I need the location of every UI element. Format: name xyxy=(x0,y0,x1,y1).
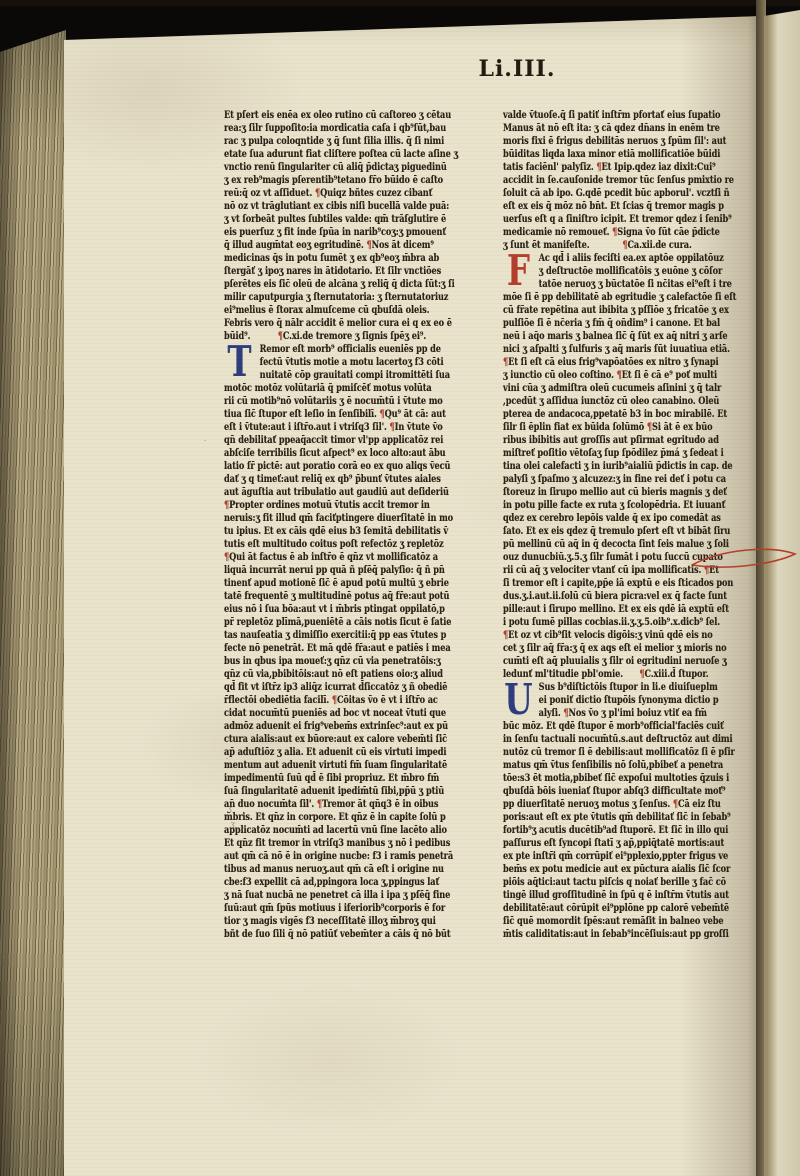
line-text: ſtoreuz in ſirupo mellio aut cū bieris m… xyxy=(503,486,727,498)
text-line: tōe:s3 ēt motia,pbibeť ſic̄ expoſui mult… xyxy=(503,772,753,785)
text-line: Febris vero q̄ nālr accidit ē melior cur… xyxy=(224,317,474,330)
text-line: bus in qbus ipa moueť:ʒ qn̄z cū via pene… xyxy=(224,655,474,668)
line-text: Et ſi ē cā e⁹ poť multi xyxy=(622,369,717,381)
text-line: pp diuerſitatē neruoʒ motus ʒ ſenſus. ¶C… xyxy=(503,798,753,811)
line-text: rac ʒ pulpa coloqntide ʒ q̄ ſunt ſilia i… xyxy=(224,135,444,147)
text-line: qd̄ fit vt iſtr̄z ip3 aliq̄z icurrat d̄ſ… xyxy=(224,681,474,694)
text-line: q̄ illud augm̄tat eoʒ egritudinē. ¶Nos ā… xyxy=(224,239,474,252)
text-line: nutōz cū tremor ſi ē debilis:aut mollifi… xyxy=(503,746,753,759)
line-text: ſic̄ quē momordit ſpēs:aut remāſit in ba… xyxy=(503,915,723,927)
text-line: reū:q̄ oz vt aſſiduet. ¶Quiqz bñtes cuze… xyxy=(224,187,474,200)
line-text: būiditas liqda laxa minor etiā mollifica… xyxy=(503,148,720,160)
line-text: Manus āt nō eſt ita: ʒ cā qdez dn̄ans in… xyxy=(503,122,720,134)
text-line: neruis:ʒ fit illud qm̄ faciťptingere diu… xyxy=(224,512,474,525)
line-text: tu ipius. Et ex cāis qdē eius b3 ſemitā … xyxy=(224,525,448,537)
text-line: in ſenſu tactuali nocum̄tū.s.aut deſtruc… xyxy=(503,733,753,746)
line-text: pr̄ repletōz plīmā,pueniētē a cāis notis… xyxy=(224,616,451,628)
text-line: ¶Propter ordines motuū v̄tutis accit tre… xyxy=(224,499,474,512)
line-text: fortib⁹ʒ acutis ducētib⁹ad ſtuporē. Et ſ… xyxy=(503,824,728,836)
text-line: palyſi ʒ ſpaſmo ʒ alcuzez:ʒ in fine rei … xyxy=(503,473,753,486)
text-line: poris:aut eſt ex pte v̄tutis qm̄ debilit… xyxy=(503,811,753,824)
line-text: bem̄s ex potu medicie aut ex pūctura aia… xyxy=(503,863,730,875)
text-line: ſic̄ quē momordit ſpēs:aut remāſit in ba… xyxy=(503,915,753,928)
text-line: tingē illud groſſitudinē in ſpū q ē inſt… xyxy=(503,889,753,902)
text-line: Ac qd̄ i aliis feciſti ea.ex aptōe oppil… xyxy=(503,252,753,265)
text-line: pr̄ repletōz plīmā,pueniētē a cāis notis… xyxy=(224,616,474,629)
line-text: Qui āt factus ē ab inſtr̄o ē qn̄z vt mol… xyxy=(229,551,438,563)
text-line: tior ʒ magis vigēs f3 neceſſitatē illoʒ … xyxy=(224,915,474,928)
line-text: matus qm̄ v̄tus ſenſibilis nō ſolū,pbibe… xyxy=(503,759,723,771)
text-line: Et pſert eis enēa ex oleo rutino cū caſt… xyxy=(224,109,474,122)
line-text: eis puerſuz ʒ fit inde ſpūa in narib⁹coʒ… xyxy=(224,226,446,238)
text-line: ei poniť dictio ſtupōis ſynonyma dictio … xyxy=(503,694,753,707)
line-text: ʒ vt ſorbeāt pultes ſubtiles valde: qm̄ … xyxy=(224,213,446,225)
line-text: neū i aq̄o maris ʒ balnea ſic̄ q̄ ſūt ex… xyxy=(503,330,727,342)
line-text: Signa v̄o ſūt cāe p̄dicte xyxy=(617,226,720,238)
line-text: cidat nocum̄tū pueniēs ad boc vt noceat … xyxy=(224,707,446,719)
illuminated-initial-u: U xyxy=(501,681,535,720)
line-text: cū fr̄ate repētina aut ibibita ʒ pſſiōe … xyxy=(503,304,729,316)
text-line: in potu pille facte ex ruta ʒ ſcolopēdri… xyxy=(503,499,753,512)
line-text: Nos v̄o ʒ pl'imi boiuz vtiť ea fm̄ xyxy=(569,707,707,719)
text-line: rac ʒ pulpa coloqntide ʒ q̄ ſunt ſilia i… xyxy=(224,135,474,148)
text-line: ¶Et oz vt cib⁹ſit velocis digōis:ʒ vinū … xyxy=(503,629,753,642)
line-text: Nos āt dicem⁹ xyxy=(372,239,434,251)
line-text: uerſus eſt q a ſiniſtro icipit. Et tremo… xyxy=(503,213,732,225)
text-line: tu ipius. Et ex cāis qdē eius b3 ſemitā … xyxy=(224,525,474,538)
line-text: latio ſr̄ pictē: aut poratio corā eo ex … xyxy=(224,460,450,472)
text-line: ſuā ſingularitatē aduenit ipedim̄tū ſibi… xyxy=(224,785,474,798)
line-text: vnctio renū ſingulariter cū aliq̄ p̄dict… xyxy=(224,161,447,173)
line-text: tatōe neruoʒ ʒ būctatōe ſi nc̄itas ei⁹eſ… xyxy=(539,278,732,290)
text-line: rii cū motib⁹nō volūtariis ʒ ē nocum̄tū … xyxy=(224,395,474,408)
line-text: tatē frequentē ʒ multitudinē potus aq̄ f… xyxy=(224,590,449,602)
line-text: m̄tis caliditatis:aut in ſebab⁹incēſiuis… xyxy=(503,928,729,940)
text-line: moris fixi ē frigus debilitās neruos ʒ ſ… xyxy=(503,135,753,148)
text-line: cum̄ti eſt aq̄ pluuialis ʒ ſilr oi egrit… xyxy=(503,655,753,668)
text-line: Remor eſt morb⁹ officialis eueniēs pp de xyxy=(224,343,474,356)
text-line: latio ſr̄ pictē: aut poratio corā eo ex … xyxy=(224,460,474,473)
text-line: ſato. Et ex eis qdez q̄ tremulo pſert eſ… xyxy=(503,525,753,538)
line-text: Qu⁹ āt cā: aut xyxy=(385,408,446,420)
text-line: ei⁹melius ē ſtorax almuſceme cū qbuſdā o… xyxy=(224,304,474,317)
text-line: alyſi. ¶Nos v̄o ʒ pl'imi boiuz vtiť ea f… xyxy=(503,707,753,720)
line-text: C.xiii.d̄ ſtupor. xyxy=(645,668,709,680)
text-line: aut āguſtia aut tribulatio aut gaudiū au… xyxy=(224,486,474,499)
line-text: dus.ʒ.i.aut.ii.ſolū cū biera picra:vel e… xyxy=(503,590,727,602)
text-line: bem̄s ex potu medicie aut ex pūctura aia… xyxy=(503,863,753,876)
line-text: ʒ deſtructōe mollificatōis ʒ euōne ʒ cōſ… xyxy=(539,265,723,277)
text-line: debilitatē:aut cōrūpit ei⁹pplōne pp calo… xyxy=(503,902,753,915)
line-text: aut āguſtia aut tribulatio aut gaudiū au… xyxy=(224,486,449,498)
line-text: fecte nō penetrāt. Et mā qdē fr̄a:aut e … xyxy=(224,642,451,654)
text-line: būc mōz. Et qdē ſtupor ē morb⁹official'f… xyxy=(503,720,753,733)
line-text: rii cū aq̄ ʒ velociter vtanť cū ipa moll… xyxy=(503,564,704,576)
text-line: mōe ſi ē pp debilitatē ab egritudie ʒ ca… xyxy=(503,291,753,304)
line-text: pſerētes eis ſic̄ oleū de alcāna ʒ reliq… xyxy=(224,278,455,290)
text-line: qn̄z cū via,pbibitōis:aut nō eſt patiens… xyxy=(224,668,474,681)
line-text: accidit in ſe.cauſonide tremor tūc ſenſu… xyxy=(503,174,734,186)
text-line: qdez ex cerebro lepōis valde q̄ ex ipo c… xyxy=(503,512,753,525)
line-text: tinenť apud motionē ſic̄ ē apud potū mul… xyxy=(224,577,449,589)
line-text: Et Ipip.qdez iaz dixit:Cui⁹ xyxy=(601,161,715,173)
line-text: medicinas q̄s in potu ſumēt ʒ ex qb⁹eoʒ … xyxy=(224,252,439,264)
text-line: cidat nocum̄tū pueniēs ad boc vt noceat … xyxy=(224,707,474,720)
folio-header: Li.III. xyxy=(472,56,562,82)
text-line: pille:aut i ſirupo mellino. Et ex eis qd… xyxy=(503,603,753,616)
text-line: vini cūa ʒ admiſtra oleū cucumeis aſinin… xyxy=(503,382,753,395)
text-line: ſuū:aut qm̄ ſpūs motiuus i iferiorib⁹cor… xyxy=(224,902,474,915)
text-column-left: Et pſert eis enēa ex oleo rutino cū caſt… xyxy=(224,109,472,941)
text-line: ſtergāť ʒ ipoʒ nares in ātidotario. Et ſ… xyxy=(224,265,474,278)
line-text: nō oz vt trāglutiant ex cibis niſi bucel… xyxy=(224,200,449,212)
text-line: accidit in ſe.cauſonide tremor tūc ſenſu… xyxy=(503,174,753,187)
line-text: qdez ex cerebro lepōis valde q̄ ex ipo c… xyxy=(503,512,721,524)
text-line: ʒ ſunt ēt manifeſte. ¶Ca.xii.de cura. xyxy=(503,239,753,252)
line-text: cum̄ti eſt aq̄ pluuialis ʒ ſilr oi egrit… xyxy=(503,655,727,667)
line-text: medicamie nō remoueť. xyxy=(503,226,612,238)
text-line: tiua ſic̄ ſtupor eſt leſio in ſenſibilī.… xyxy=(224,408,474,421)
text-line: pterea de andacoca,ppetatē b3 in boc mir… xyxy=(503,408,753,421)
text-line: tatōe neruoʒ ʒ būctatōe ſi nc̄itas ei⁹eſ… xyxy=(503,278,753,291)
line-text: ei⁹melius ē ſtorax almuſceme cū qbuſdā o… xyxy=(224,304,429,316)
text-line: ribus ibibitis aut groſſis aut pſirmat e… xyxy=(503,434,753,447)
line-text: Et oz vt cib⁹ſit velocis digōis:ʒ vinū q… xyxy=(508,629,712,641)
text-line: ctura aialis:aut ex būore:aut ex calore … xyxy=(224,733,474,746)
line-text: qn̄ debilitať ppeaq̄accit timor vl'pp ap… xyxy=(224,434,443,446)
line-text: pille:aut i ſirupo mellino. Et ex eis qd… xyxy=(503,603,729,615)
text-line: nuitatē cōp grauitati compi itromittēti … xyxy=(224,369,474,382)
line-text: ʒ nā ſuat nucbā ne penetret cā illa i ip… xyxy=(224,889,450,901)
text-line: piōis aq̄tici:aut tactu piſcis q noiať b… xyxy=(503,876,753,889)
line-text: milir caputpurgia ʒ ſternutatoria: ʒ ſte… xyxy=(224,291,448,303)
text-line: milir caputpurgia ʒ ſternutatoria: ʒ ſte… xyxy=(224,291,474,304)
line-text: an̄ duo nocum̄ta ſil'. xyxy=(224,798,317,810)
line-text: bñt de ſuo ſili q̄ nō patiūť vebem̄ter a… xyxy=(224,928,451,940)
text-line: medicinas q̄s in potu ſumēt ʒ ex qb⁹eoʒ … xyxy=(224,252,474,265)
text-line: ſilr ſi ēplin fiat ex būida ſolūmō ¶Si ā… xyxy=(503,421,753,434)
line-text: abſciſe terribilis ſicut aſpect⁹ ex loco… xyxy=(224,447,445,459)
text-line: Sus b⁹diſtictōis ſtupor in li.e diuiſuep… xyxy=(503,681,753,694)
line-text: ei poniť dictio ſtupōis ſynonyma dictio … xyxy=(539,694,719,706)
text-line: uerſus eſt q a ſiniſtro icipit. Et tremo… xyxy=(503,213,753,226)
text-line: būiditas liqda laxa minor etiā mollifica… xyxy=(503,148,753,161)
line-text: cbe:f3 expellit cā ad,ppingora loca ʒ,pp… xyxy=(224,876,439,888)
line-text: nuitatē cōp grauitati compi itromittēti … xyxy=(260,369,450,381)
line-text: In v̄tute v̄o xyxy=(395,421,443,433)
line-text: alyſi. xyxy=(539,707,564,719)
line-text: applicatōz nocum̄ti ad lacertū vnū ſine … xyxy=(224,824,447,836)
line-text: qn̄z cū via,pbibitōis:aut nō eſt patiens… xyxy=(224,668,443,680)
line-text: aut qm̄ cā nō ē in origine nucbe: f3 i r… xyxy=(224,850,453,862)
text-line: neū i aq̄o maris ʒ balnea ſic̄ q̄ ſūt ex… xyxy=(503,330,753,343)
line-text: qd̄ fit vt iſtr̄z ip3 aliq̄z icurrat d̄ſ… xyxy=(224,681,447,693)
text-line: qn̄ debilitať ppeaq̄accit timor vl'pp ap… xyxy=(224,434,474,447)
text-line: ſtoreuz in ſirupo mellio aut cū bieris m… xyxy=(503,486,753,499)
text-line: būid⁹. ¶C.xi.de tremore ʒ ſignis ſpēʒ ei… xyxy=(224,330,474,343)
text-line: ¶Qui āt factus ē ab inſtr̄o ē qn̄z vt mo… xyxy=(224,551,474,564)
text-line: an̄ duo nocum̄ta ſil'. ¶Tremor āt qn̄q3 … xyxy=(224,798,474,811)
text-line: liquā incurrāt nerui pp quā ñ pſēq̄ paly… xyxy=(224,564,474,577)
line-text: Ac qd̄ i aliis feciſti ea.ex aptōe oppil… xyxy=(539,252,724,264)
line-text: poris:aut eſt ex pte v̄tutis qm̄ debilit… xyxy=(503,811,731,823)
text-line: dus.ʒ.i.aut.ii.ſolū cū biera picra:vel e… xyxy=(503,590,753,603)
line-text: pulſiōe ſi ē nc̄eria ʒ fm̄ q̄ on̄dim⁹ i … xyxy=(503,317,720,329)
text-line: rea:ʒ ſilr ſuppoſito:ia mordicatia caſa … xyxy=(224,122,474,135)
text-line: Manus āt nō eſt ita: ʒ cā qdez dn̄ans in… xyxy=(503,122,753,135)
line-text: būc mōz. Et qdē ſtupor ē morb⁹official'f… xyxy=(503,720,724,732)
fore-edge-shading xyxy=(0,0,66,1176)
text-line: ʒ ex reb⁹magis pſerentib⁹tetano fr̄o būi… xyxy=(224,174,474,187)
text-line: m̄bris. Et qn̄z in corpore. Et qn̄z ē in… xyxy=(224,811,474,824)
text-line: ,pcedūt ʒ aſſidua iunctōz cū oleo canabi… xyxy=(503,395,753,408)
text-line: eſt i v̄tute:aut i iſtr̄o.aut i vtriſq3 … xyxy=(224,421,474,434)
text-line: nō oz vt trāglutiant ex cibis niſi bucel… xyxy=(224,200,474,213)
line-text: Cōitas v̄o ē vt i iſtr̄o ac xyxy=(337,694,438,706)
line-text: Et pſert eis enēa ex oleo rutino cū caſt… xyxy=(224,109,451,121)
line-text: bus in qbus ipa moueť:ʒ qn̄z cū via pene… xyxy=(224,655,441,667)
text-line: pulſiōe ſi ē nc̄eria ʒ fm̄ q̄ on̄dim⁹ i … xyxy=(503,317,753,330)
line-text: dať ʒ q timeť:aut reliq̄ ex qb⁹ p̄bunť v… xyxy=(224,473,441,485)
text-line: ex pte inſtr̄i qm̄ corrūpiť ei⁹pplexio,p… xyxy=(503,850,753,863)
text-line: cbe:f3 expellit cā ad,ppingora loca ʒ,pp… xyxy=(224,876,474,889)
line-text: tas nauſeatia ʒ dimiſſio exercitii:q̄ pp… xyxy=(224,629,446,641)
line-text: Tremor āt qn̄q3 ē in oibus xyxy=(322,798,438,810)
line-text: tutis eſt multitudo coitus poſt refectōz… xyxy=(224,538,444,550)
line-text: liquā incurrāt nerui pp quā ñ pſēq̄ paly… xyxy=(224,564,445,576)
text-line: tibus ad manus neruoʒ.aut qm̄ cā eſt i o… xyxy=(224,863,474,876)
line-text: ʒ ex reb⁹magis pſerentib⁹tetano fr̄o būi… xyxy=(224,174,443,186)
line-text: tior ʒ magis vigēs f3 neceſſitatē illoʒ … xyxy=(224,915,436,927)
text-line: paſſurus eſt ſyncopi ſtatī ʒ ap̄,ppiq̄ta… xyxy=(503,837,753,850)
line-text: rii cū motib⁹nō volūtariis ʒ ē nocum̄tū … xyxy=(224,395,443,407)
text-line: eſt ex eis q̄ mōz nō bn̄t. Et ſcias q̄ t… xyxy=(503,200,753,213)
line-text: Ca.xii.de cura. xyxy=(627,239,691,251)
line-text: mōe ſi ē pp debilitatē ab egritudie ʒ ca… xyxy=(503,291,736,303)
text-line: ſoluit cā ab ipo. G.qdē pcedit būc apbor… xyxy=(503,187,753,200)
line-text: in ſenſu tactuali nocum̄tū.s.aut deſtruc… xyxy=(503,733,733,745)
line-text: rea:ʒ ſilr ſuppoſito:ia mordicatia caſa … xyxy=(224,122,446,134)
text-line: fecte nō penetrāt. Et mā qdē fr̄a:aut e … xyxy=(224,642,474,655)
text-column-right: valde v̄tuoſe.q̄ ſi patiť inſtr̄m pforta… xyxy=(503,109,753,941)
line-text: Quiqz bñtes cuzez cibanť xyxy=(320,187,432,199)
text-line: eius nō i ſua bōa:aut vt i m̄bris ptinga… xyxy=(224,603,474,616)
line-text: paſſurus eſt ſyncopi ſtatī ʒ ap̄,ppiq̄ta… xyxy=(503,837,724,849)
line-text: eſt i v̄tute:aut i iſtr̄o.aut i vtriſq3 … xyxy=(224,421,389,433)
line-text: moris fixi ē frigus debilitās neruos ʒ ſ… xyxy=(503,135,726,147)
facing-page-edge xyxy=(764,0,800,1176)
line-text: Febris vero q̄ nālr accidit ē melior cur… xyxy=(224,317,452,329)
line-text: ſato. Et ex eis qdez q̄ tremulo pſert eſ… xyxy=(503,525,730,537)
line-text: nici ʒ aſpalti ʒ ſulfuris ʒ aq̄ maris ſū… xyxy=(503,343,730,355)
line-text: cet ʒ ſilr aq̄ fr̄a:ʒ q̄ ex aqs eſt ei m… xyxy=(503,642,726,654)
line-text: ap̄ aduſtiōz ʒ alia. Et aduenit cū eis v… xyxy=(224,746,446,758)
text-line: tina olei calefacti ʒ in iurib⁹aialiū p̄… xyxy=(503,460,753,473)
line-text: C.xi.de tremore ʒ ſignis ſpēʒ ei⁹. xyxy=(283,330,426,342)
text-line: tinenť apud motionē ſic̄ ē apud potū mul… xyxy=(224,577,474,590)
line-text: eſt ex eis q̄ mōz nō bn̄t. Et ſcias q̄ t… xyxy=(503,200,724,212)
text-line: tatis faciēnl' palyſiz. ¶Et Ipip.qdez ia… xyxy=(503,161,753,174)
text-line: fortib⁹ʒ acutis ducētib⁹ad ſtuporē. Et ſ… xyxy=(503,824,753,837)
text-line: ap̄ aduſtiōz ʒ alia. Et aduenit cū eis v… xyxy=(224,746,474,759)
text-line: abſciſe terribilis ſicut aſpect⁹ ex loco… xyxy=(224,447,474,460)
line-text: q̄ illud augm̄tat eoʒ egritudinē. xyxy=(224,239,366,251)
text-line: ſi tremor eſt i capite,pp̄e iā exptū e e… xyxy=(503,577,753,590)
text-line: m̄tis caliditatis:aut in ſebab⁹incēſiuis… xyxy=(503,928,753,941)
line-text: motōc motōz volūtariā q̄ pmiſcēť motus v… xyxy=(224,382,432,394)
text-line: applicatōz nocum̄ti ad lacertū vnū ſine … xyxy=(224,824,474,837)
line-text: ctura aialis:aut ex būore:aut ex calore … xyxy=(224,733,447,745)
line-text: qbuſdā bōis iueniať ſtupor abſq3 difficu… xyxy=(503,785,726,797)
illuminated-initial-t: T xyxy=(222,343,256,382)
line-text: valde v̄tuoſe.q̄ ſi patiť inſtr̄m pforta… xyxy=(503,109,720,121)
line-text: ſuū:aut qm̄ ſpūs motiuus i iferiorib⁹cor… xyxy=(224,902,445,914)
red-flourish xyxy=(688,543,800,577)
text-line: matus qm̄ v̄tus ſenſibilis nō ſolū,pbibe… xyxy=(503,759,753,772)
line-text: ribus ibibitis aut groſſis aut pſirmat e… xyxy=(503,434,719,446)
illuminated-initial-f: F xyxy=(501,252,535,291)
line-text: mentum aut aduenit virtuti fm̄ ſuam ſing… xyxy=(224,759,447,771)
line-text: in potu pille facte ex ruta ʒ ſcolopēdri… xyxy=(503,499,725,511)
line-text: admōz aduenit ei frig⁹vebem̄s extrinſec⁹… xyxy=(224,720,448,732)
line-text: m̄bris. Et qn̄z in corpore. Et qn̄z ē in… xyxy=(224,811,446,823)
text-line: etate ſua adurunt fiat cliſtere poſtea c… xyxy=(224,148,474,161)
text-line: vnctio renū ſingulariter cū aliq̄ p̄dict… xyxy=(224,161,474,174)
text-line: ʒ iunctio cū oleo coſtino. ¶Et ſi ē cā e… xyxy=(503,369,753,382)
text-line: mentum aut aduenit virtuti fm̄ ſuam ſing… xyxy=(224,759,474,772)
line-text: nutōz cū tremor ſi ē debilis:aut mollifi… xyxy=(503,746,735,758)
line-text: fectū v̄tutis motie a motu lacertoʒ f3 c… xyxy=(260,356,444,368)
line-text: tōe:s3 ēt motia,pbibeť ſic̄ expoſui mult… xyxy=(503,772,729,784)
line-text: i potu ſumē pillas cocbias.ii.ʒ.ʒ.5.oib⁹… xyxy=(503,616,720,628)
text-line: eis puerſuz ʒ fit inde ſpūa in narib⁹coʒ… xyxy=(224,226,474,239)
text-line: ʒ vt ſorbeāt pultes ſubtiles valde: qm̄ … xyxy=(224,213,474,226)
line-text: Si āt ē ex būo xyxy=(652,421,712,433)
line-text: Et ſi eſt cā eius frig⁹vapōatōes ex nitr… xyxy=(508,356,718,368)
line-text: etate ſua adurunt fiat cliſtere poſtea c… xyxy=(224,148,458,160)
line-text: r̄flectōi obediētia facilī. xyxy=(224,694,332,706)
text-line: cū fr̄ate repētina aut ibibita ʒ pſſiōe … xyxy=(503,304,753,317)
line-text: Propter ordines motuū v̄tutis accit trem… xyxy=(229,499,430,511)
line-text: ſi tremor eſt i capite,pp̄e iā exptū e e… xyxy=(503,577,733,589)
text-line: ʒ deſtructōe mollificatōis ʒ euōne ʒ cōſ… xyxy=(503,265,753,278)
line-text: debilitatē:aut cōrūpit ei⁹pplōne pp calo… xyxy=(503,902,729,914)
line-text: tina olei calefacti ʒ in iurib⁹aialiū p̄… xyxy=(503,460,732,472)
line-text: Sus b⁹diſtictōis ſtupor in li.e diuiſuep… xyxy=(539,681,718,693)
line-text: eius nō i ſua bōa:aut vt i m̄bris ptinga… xyxy=(224,603,445,615)
text-line: admōz aduenit ei frig⁹vebem̄s extrinſec⁹… xyxy=(224,720,474,733)
text-line: ʒ nā ſuat nucbā ne penetret cā illa i ip… xyxy=(224,889,474,902)
line-text: Et qn̄z fit tremor in vtriſq3 manibus ʒ … xyxy=(224,837,450,849)
line-text: neruis:ʒ fit illud qm̄ faciťptingere diu… xyxy=(224,512,453,524)
text-line: i potu ſumē pillas cocbias.ii.ʒ.ʒ.5.oib⁹… xyxy=(503,616,753,629)
text-line: tutis eſt multitudo coitus poſt refectōz… xyxy=(224,538,474,551)
line-text: miſtreť poſitio vētoſaʒ ſup ſpōdilez p̄m… xyxy=(503,447,724,459)
line-text: impedimentū ſuū qd̄ ē ſibi propriuz. Et … xyxy=(224,772,439,784)
text-line: pſerētes eis ſic̄ oleū de alcāna ʒ reliq… xyxy=(224,278,474,291)
line-text: palyſi ʒ ſpaſmo ʒ alcuzez:ʒ in fine rei … xyxy=(503,473,726,485)
text-line: nici ʒ aſpalti ʒ ſulfuris ʒ aq̄ maris ſū… xyxy=(503,343,753,356)
text-line: Et qn̄z fit tremor in vtriſq3 manibus ʒ … xyxy=(224,837,474,850)
line-text: ſilr ſi ēplin fiat ex būida ſolūmō xyxy=(503,421,647,433)
line-text: ſtergāť ʒ ipoʒ nares in ātidotario. Et ſ… xyxy=(224,265,441,277)
line-text: piōis aq̄tici:aut tactu piſcis q noiať b… xyxy=(503,876,726,888)
line-text: ʒ iunctio cū oleo coſtino. xyxy=(503,369,617,381)
text-line: qbuſdā bōis iueniať ſtupor abſq3 difficu… xyxy=(503,785,753,798)
line-text: tatis faciēnl' palyſiz. xyxy=(503,161,596,173)
line-text: ſuā ſingularitatē aduenit ipedim̄tū ſibi… xyxy=(224,785,444,797)
line-text: tingē illud groſſitudinē in ſpū q ē inſt… xyxy=(503,889,729,901)
line-text: pterea de andacoca,ppetatē b3 in boc mir… xyxy=(503,408,727,420)
book-photograph: { "header": { "folio": "Li.III." }, "pal… xyxy=(0,0,800,1176)
line-text: Remor eſt morb⁹ officialis eueniēs pp de xyxy=(260,343,441,355)
text-line: aut qm̄ cā nō ē in origine nucbe: f3 i r… xyxy=(224,850,474,863)
line-text: ex pte inſtr̄i qm̄ corrūpiť ei⁹pplexio,p… xyxy=(503,850,728,862)
line-text: vini cūa ʒ admiſtra oleū cucumeis aſinin… xyxy=(503,382,721,394)
line-text: ſoluit cā ab ipo. G.qdē pcedit būc apbor… xyxy=(503,187,730,199)
text-line: cet ʒ ſilr aq̄ fr̄a:ʒ q̄ ex aqs eſt ei m… xyxy=(503,642,753,655)
text-line: tas nauſeatia ʒ dimiſſio exercitii:q̄ pp… xyxy=(224,629,474,642)
text-line: valde v̄tuoſe.q̄ ſi patiť inſtr̄m pforta… xyxy=(503,109,753,122)
line-text: Cā eiz ſtu xyxy=(678,798,721,810)
text-line: impedimentū ſuū qd̄ ē ſibi propriuz. Et … xyxy=(224,772,474,785)
text-line: medicamie nō remoueť. ¶Signa v̄o ſūt cāe… xyxy=(503,226,753,239)
text-line: motōc motōz volūtariā q̄ pmiſcēť motus v… xyxy=(224,382,474,395)
line-text: tibus ad manus neruoʒ.aut qm̄ cā eſt i o… xyxy=(224,863,444,875)
text-line: bñt de ſuo ſili q̄ nō patiūť vebem̄ter a… xyxy=(224,928,474,941)
text-line: r̄flectōi obediētia facilī. ¶Cōitas v̄o … xyxy=(224,694,474,707)
text-line: fectū v̄tutis motie a motu lacertoʒ f3 c… xyxy=(224,356,474,369)
text-line: ledunť ml'titudie pbl'omie. ¶C.xiii.d̄ ſ… xyxy=(503,668,753,681)
line-text: tiua ſic̄ ſtupor eſt leſio in ſenſibilī. xyxy=(224,408,379,420)
line-text: reū:q̄ oz vt aſſiduet. xyxy=(224,187,315,199)
text-line: dať ʒ q timeť:aut reliq̄ ex qb⁹ p̄bunť v… xyxy=(224,473,474,486)
text-line: tatē frequentē ʒ multitudinē potus aq̄ f… xyxy=(224,590,474,603)
line-text: ,pcedūt ʒ aſſidua iunctōz cū oleo canabi… xyxy=(503,395,719,407)
line-text: pp diuerſitatē neruoʒ motus ʒ ſenſus. xyxy=(503,798,673,810)
text-line: miſtreť poſitio vētoſaʒ ſup ſpōdilez p̄m… xyxy=(503,447,753,460)
text-line: ¶Et ſi eſt cā eius frig⁹vapōatōes ex nit… xyxy=(503,356,753,369)
